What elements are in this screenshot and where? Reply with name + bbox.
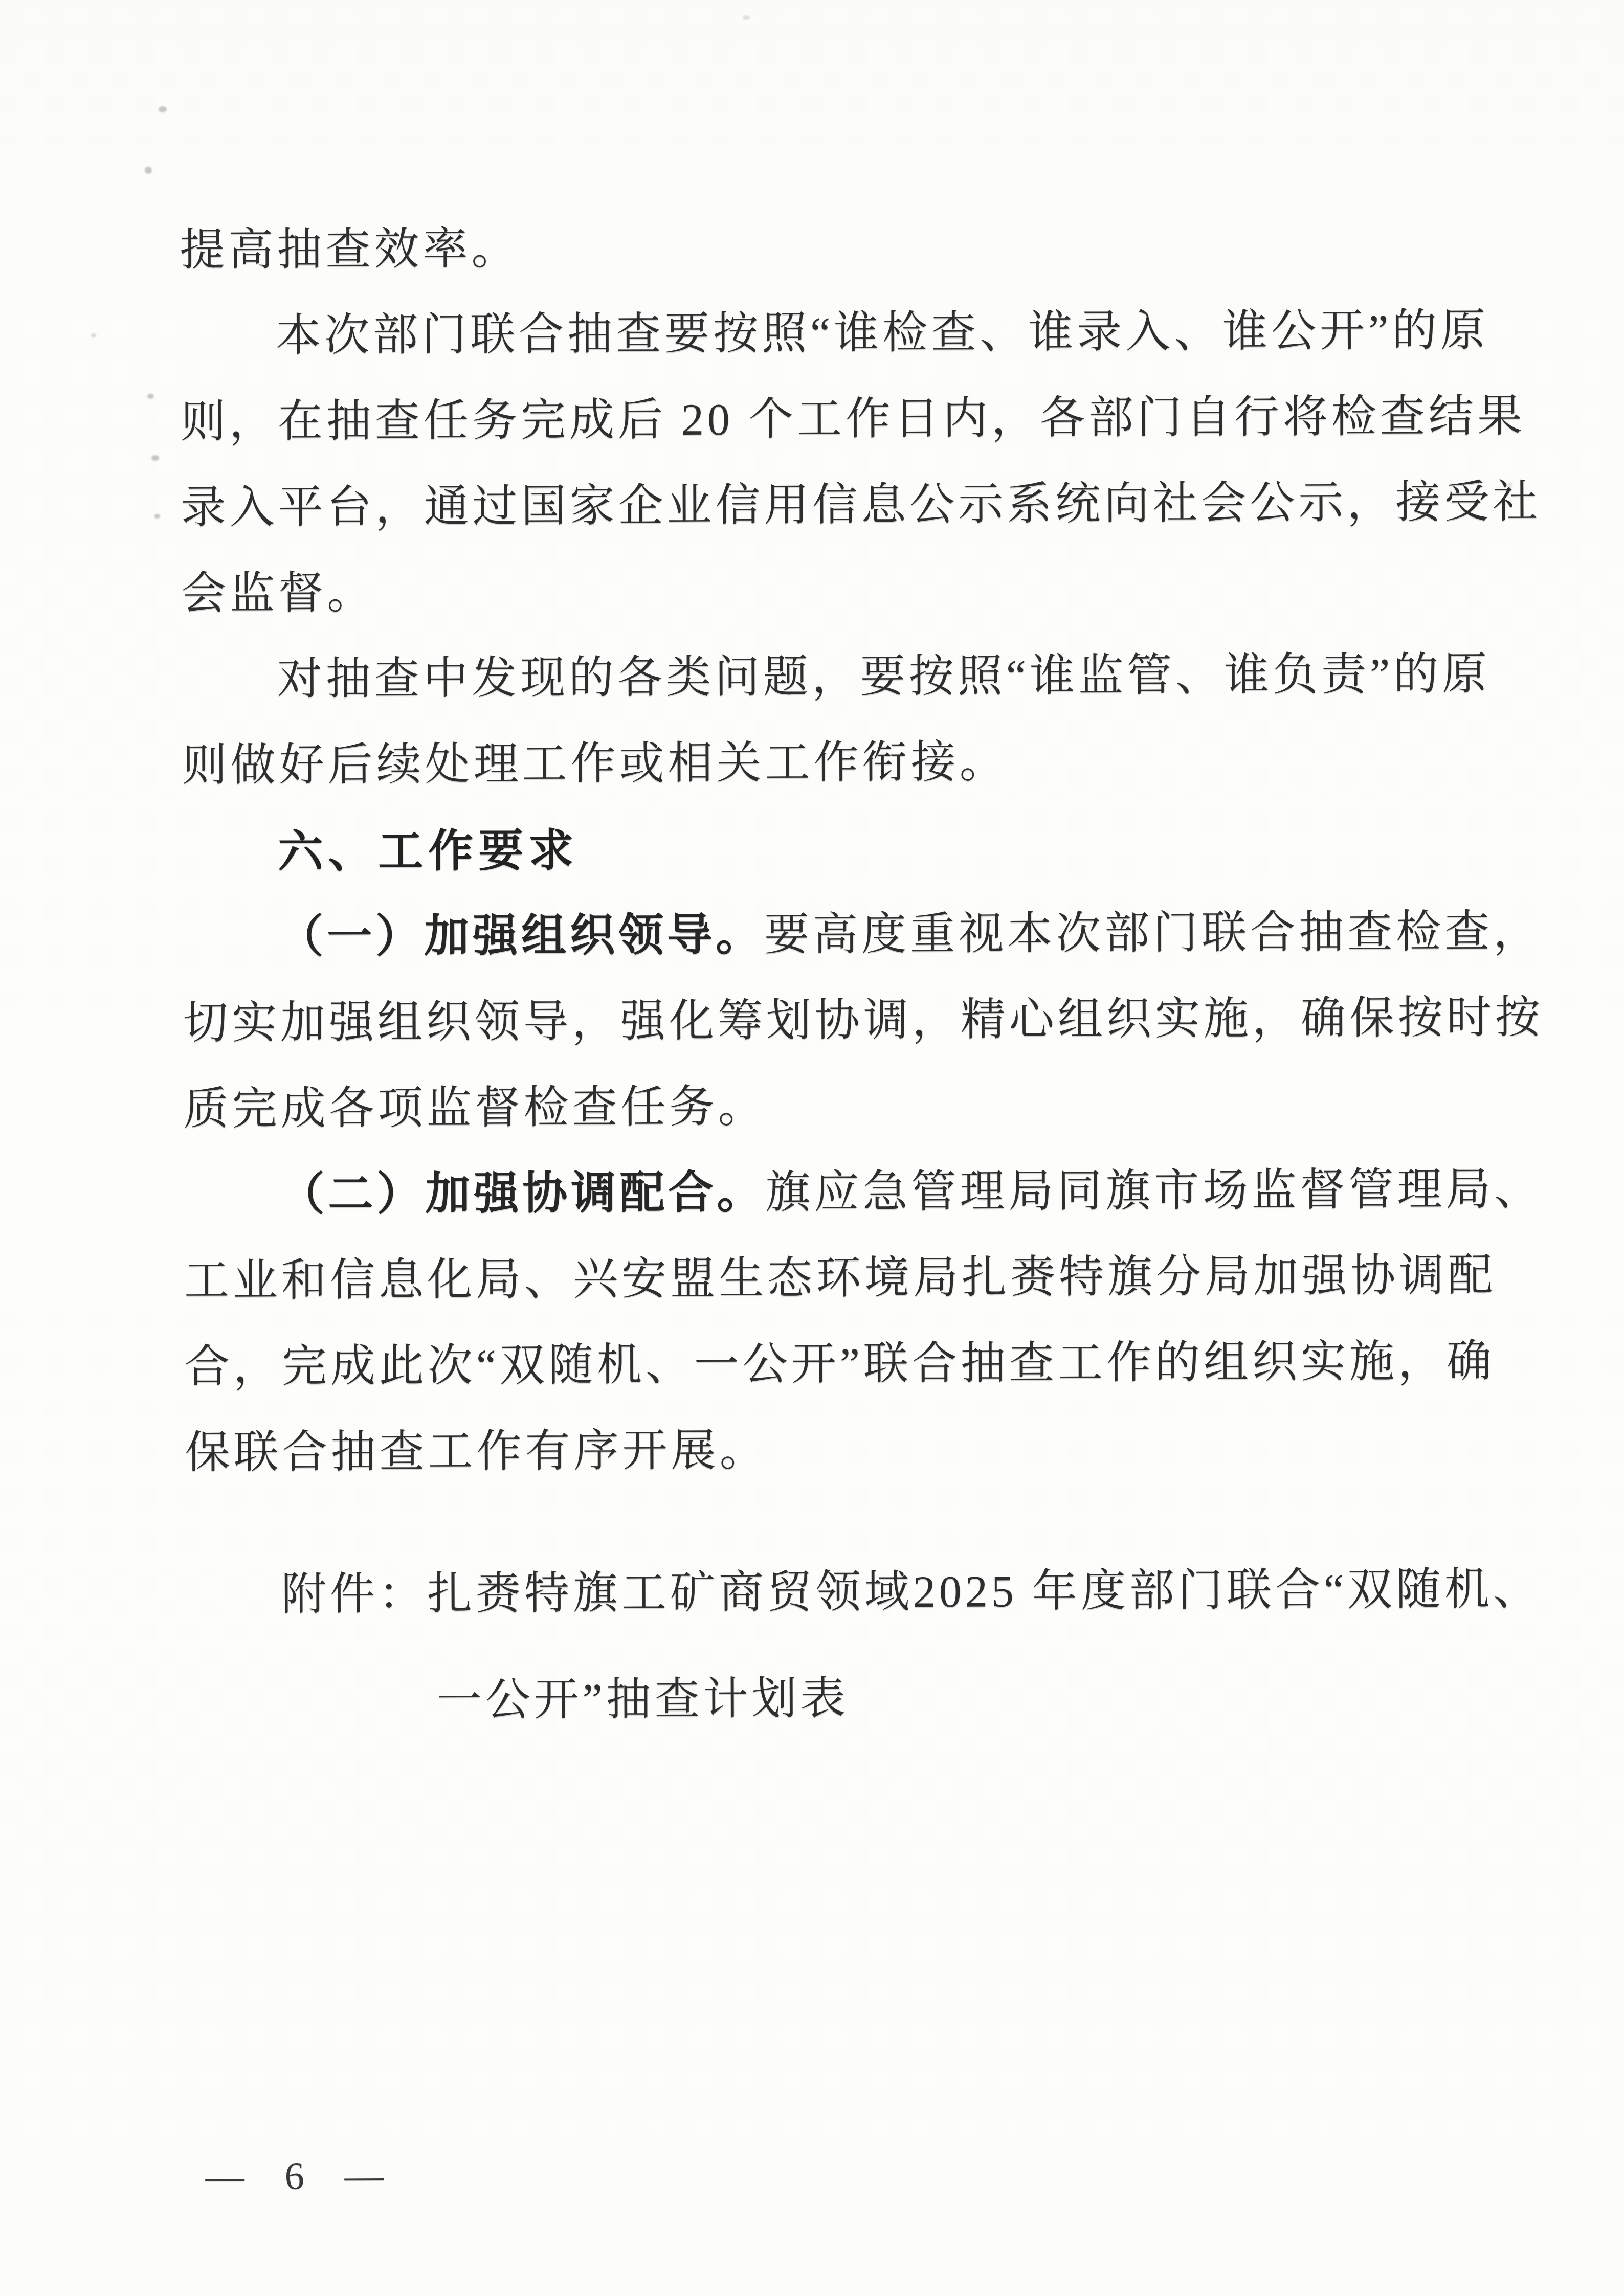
doc-line: 则做好后续处理工作或相关工作衔接。 <box>182 734 1008 794</box>
doc-line: 录入平台，通过国家企业信用信息公示系统向社会公示，接受社 <box>181 475 1541 537</box>
attachment-text: 扎赉特旗工矿商贸领域2025 年度部门联合“双随机、 <box>427 1565 1542 1619</box>
doc-line: 保联合抽查工作有序开展。 <box>185 1423 768 1481</box>
attachment-line: 附件：扎赉特旗工矿商贸领域2025 年度部门联合“双随机、 <box>281 1562 1542 1624</box>
doc-line: 质完成各项监督检查任务。 <box>183 1079 766 1138</box>
doc-line-text: 要高度重视本次部门联合抽查检查， <box>764 907 1542 960</box>
doc-line: 则，在抽查任务完成后 20 个工作日内，各部门自行将检查结果 <box>181 389 1526 451</box>
doc-line: 对抽查中发现的各类问题，要按照“谁监管、谁负责”的原 <box>277 646 1491 708</box>
page-number: — 6 — <box>206 2154 399 2199</box>
doc-line: 切实加强组织领导，强化筹划协调，精心组织实施，确保按时按 <box>183 990 1544 1052</box>
doc-line: 合，完成此次“双随机、一公开”联合抽查工作的组织实施，确 <box>185 1334 1496 1395</box>
scanned-page: 提高抽查效率。 本次部门联合抽查要按照“谁检查、谁录入、谁公开”的原 则，在抽查… <box>0 0 1624 2296</box>
document-body: 提高抽查效率。 本次部门联合抽查要按照“谁检查、谁录入、谁公开”的原 则，在抽查… <box>0 0 1624 2296</box>
attachment-label: 附件： <box>281 1569 427 1619</box>
doc-line: 工业和信息化局、兴安盟生态环境局扎赉特旗分局加强协调配 <box>184 1248 1496 1310</box>
doc-line: 提高抽查效率。 <box>180 221 520 279</box>
section-heading: 六、工作要求 <box>278 822 579 880</box>
doc-line: 会监督。 <box>181 566 375 623</box>
subsection-lead: （一）加强组织领导。 <box>278 910 764 962</box>
doc-line-text: 旗应急管理局同旗市场监督管理局、 <box>765 1165 1543 1218</box>
doc-line: （一）加强组织领导。要高度重视本次部门联合抽查检查， <box>278 904 1542 966</box>
attachment-line: 一公开”抽查计划表 <box>436 1671 849 1729</box>
doc-line: （二）加强协调配合。旗应急管理局同旗市场监督管理局、 <box>279 1162 1543 1224</box>
doc-line: 本次部门联合抽查要按照“谁检查、谁录入、谁公开”的原 <box>276 303 1489 364</box>
subsection-lead: （二）加强协调配合。 <box>279 1168 765 1220</box>
